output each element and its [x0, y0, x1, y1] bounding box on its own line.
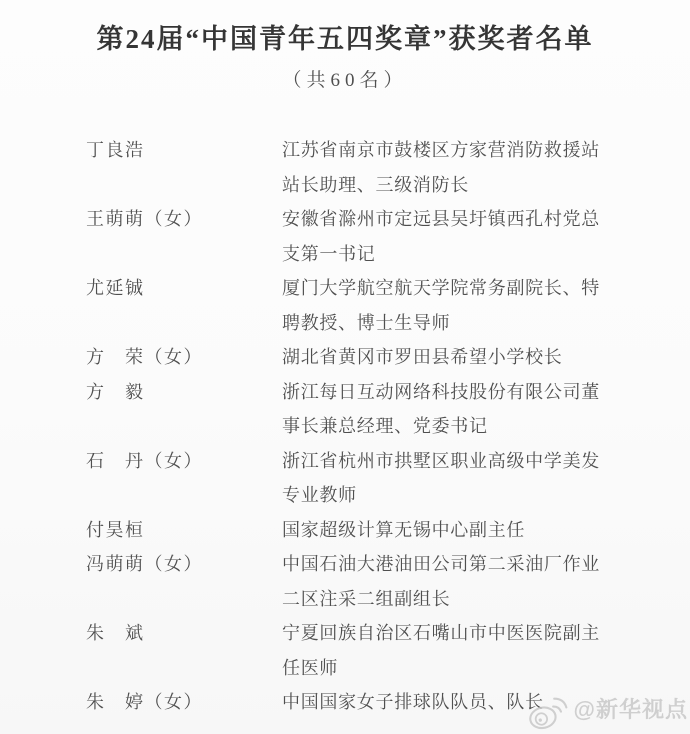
- winner-name: 朱 斌: [86, 616, 282, 651]
- list-item: 石 丹（女） 浙江省杭州市拱墅区职业高级中学美发专业教师: [86, 444, 690, 513]
- winner-description: 江苏省南京市鼓楼区方家营消防救援站站长助理、三级消防长: [282, 133, 600, 202]
- page-title: 第24届“中国青年五四奖章”获奖者名单: [0, 0, 690, 56]
- winner-description: 中国石油大港油田公司第二采油厂作业二区注采二组副组长: [282, 547, 600, 616]
- winner-name: 朱 婷（女）: [86, 685, 282, 720]
- list-item: 方 毅 浙江每日互动网络科技股份有限公司董事长兼总经理、党委书记: [86, 375, 690, 444]
- winner-name: 付昊桓: [86, 513, 282, 548]
- winner-name: 尤延铖: [86, 271, 282, 306]
- list-item: 冯萌萌（女） 中国石油大港油田公司第二采油厂作业二区注采二组副组长: [86, 547, 690, 616]
- watermark: @新华视点: [525, 693, 688, 730]
- winner-description: 安徽省滁州市定远县吴圩镇西孔村党总支第一书记: [282, 202, 600, 271]
- page-subtitle: （共60名）: [0, 69, 690, 93]
- list-item: 方 荣（女） 湖北省黄冈市罗田县希望小学校长: [86, 340, 690, 375]
- winner-name: 方 荣（女）: [86, 340, 282, 375]
- winner-description: 湖北省黄冈市罗田县希望小学校长: [282, 340, 600, 375]
- winner-description: 浙江每日互动网络科技股份有限公司董事长兼总经理、党委书记: [282, 375, 600, 444]
- list-item: 朱 斌 宁夏回族自治区石嘴山市中医医院副主任医师: [86, 616, 690, 685]
- winner-description: 厦门大学航空航天学院常务副院长、特聘教授、博士生导师: [282, 271, 600, 340]
- winner-name: 丁良浩: [86, 133, 282, 168]
- winner-description: 国家超级计算无锡中心副主任: [282, 513, 600, 548]
- weibo-icon: [521, 689, 572, 734]
- winner-name: 冯萌萌（女）: [86, 547, 282, 582]
- winner-name: 王萌萌（女）: [86, 202, 282, 237]
- list-item: 王萌萌（女） 安徽省滁州市定远县吴圩镇西孔村党总支第一书记: [86, 202, 690, 271]
- winner-name: 石 丹（女）: [86, 444, 282, 479]
- winner-name: 方 毅: [86, 375, 282, 410]
- list-item: 尤延铖 厦门大学航空航天学院常务副院长、特聘教授、博士生导师: [86, 271, 690, 340]
- list-item: 丁良浩 江苏省南京市鼓楼区方家营消防救援站站长助理、三级消防长: [86, 133, 690, 202]
- document-page: 第24届“中国青年五四奖章”获奖者名单 （共60名） 丁良浩 江苏省南京市鼓楼区…: [0, 0, 690, 734]
- list-item: 付昊桓 国家超级计算无锡中心副主任: [86, 513, 690, 548]
- winner-description: 宁夏回族自治区石嘴山市中医医院副主任医师: [282, 616, 600, 685]
- winner-description: 浙江省杭州市拱墅区职业高级中学美发专业教师: [282, 444, 600, 513]
- winners-list: 丁良浩 江苏省南京市鼓楼区方家营消防救援站站长助理、三级消防长 王萌萌（女） 安…: [0, 133, 690, 720]
- watermark-text: @新华视点: [574, 699, 688, 725]
